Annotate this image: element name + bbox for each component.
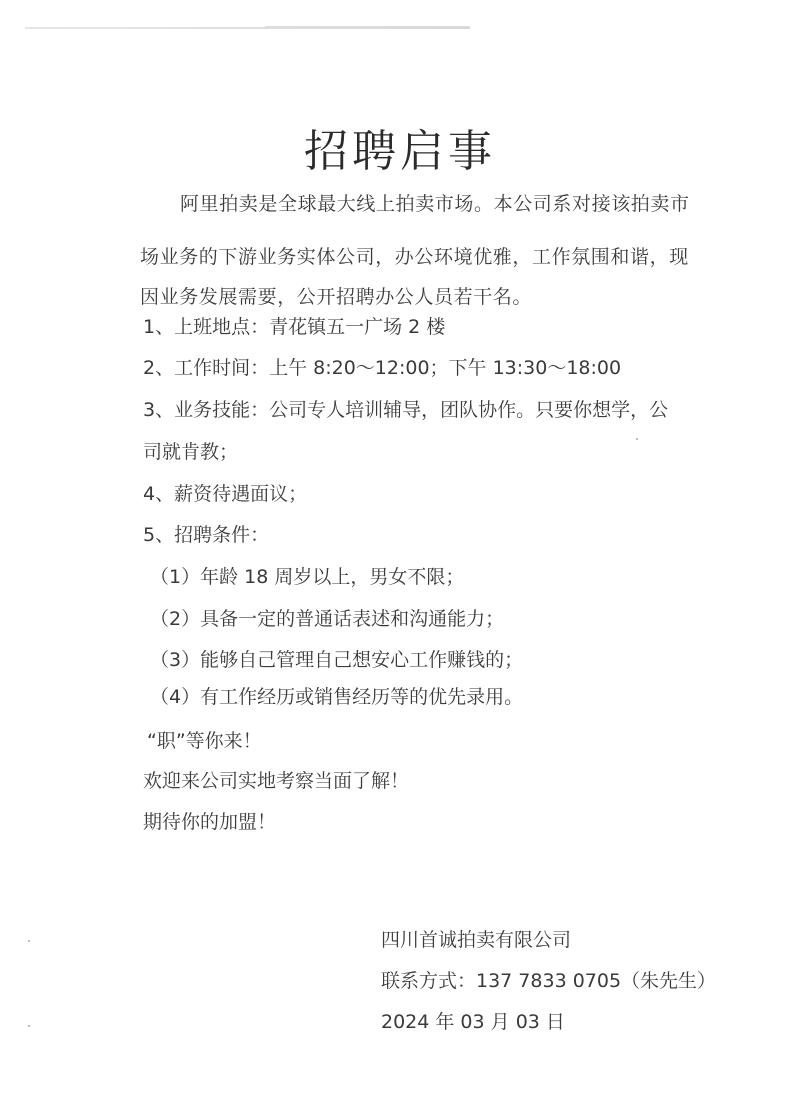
list-item-hours: 2、工作时间：上午 8:20～12:00；下午 13:30～18:00	[143, 356, 621, 380]
condition-item: （3）能够自己管理自己想安心工作赚钱的；	[150, 648, 523, 672]
company-name: 四川首诚拍卖有限公司	[381, 928, 571, 952]
contact-info: 联系方式：137 7833 0705（朱先生）	[381, 969, 716, 993]
closing-line: 期待你的加盟！	[143, 810, 276, 834]
intro-line: 因业务发展需要，公开招聘办公人员若干名。	[140, 285, 532, 309]
list-item-location: 1、上班地点：青花镇五一广场 2 楼	[143, 315, 445, 339]
intro-line: 阿里拍卖是全球最大线上拍卖市场。本公司系对接该拍卖市	[180, 192, 690, 216]
scan-edge-line	[265, 26, 470, 27]
list-item-skills-cont: 司就肯教；	[143, 440, 238, 464]
intro-line: 场业务的下游业务实体公司，办公环境优雅，工作氛围和谐，现	[140, 245, 689, 269]
condition-item: （1）年龄 18 周岁以上，男女不限；	[150, 565, 464, 589]
list-item-skills: 3、业务技能：公司专人培训辅导，团队协作。只要你想学，公	[143, 398, 668, 422]
scan-speck	[636, 438, 638, 440]
scan-edge-line	[25, 27, 470, 29]
condition-item: （4）有工作经历或销售经历等的优先录用。	[150, 685, 523, 709]
scan-speck	[28, 940, 30, 942]
closing-line: “职”等你来！	[147, 729, 262, 753]
document-title: 招聘启事	[0, 124, 800, 180]
closing-line: 欢迎来公司实地考察当面了解！	[143, 769, 409, 793]
issue-date: 2024 年 03 月 03 日	[381, 1010, 565, 1034]
list-item-salary: 4、薪资待遇面议；	[143, 482, 307, 506]
scan-speck	[28, 1025, 30, 1027]
list-item-conditions: 5、招聘条件：	[143, 523, 269, 547]
condition-item: （2）具备一定的普通话表述和沟通能力；	[150, 607, 504, 631]
